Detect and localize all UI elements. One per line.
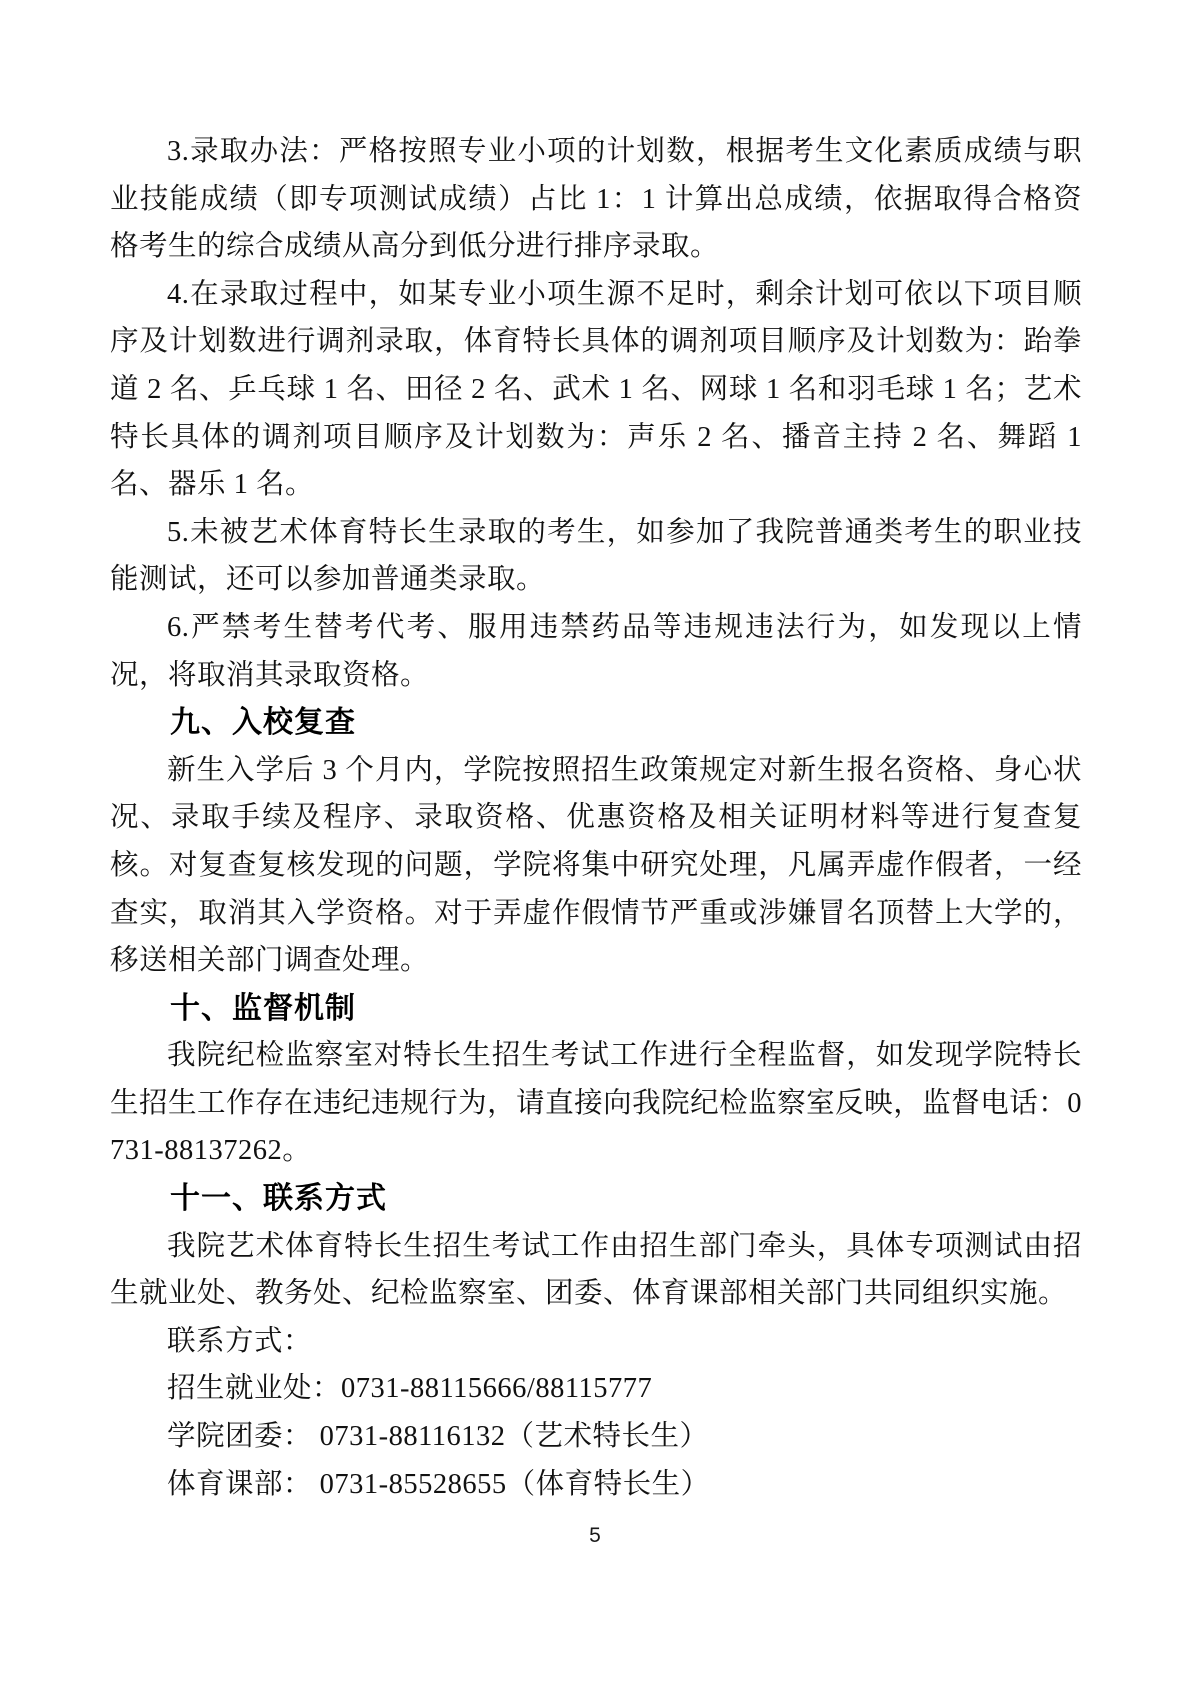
paragraph-supervision-detail: 我院纪检监察室对特长生招生考试工作进行全程监督，如发现学院特长生招生工作存在违纪… — [110, 1032, 1082, 1175]
page-number: 5 — [589, 1524, 601, 1547]
paragraph-prohibited-behavior: 6.严禁考生替考代考、服用违禁药品等违规违法行为，如发现以上情况，将取消其录取资… — [110, 604, 1082, 699]
heading-section-10-supervision: 十、监督机制 — [110, 985, 1082, 1033]
contact-youth-league-phone: 学院团委： 0731-88116132（艺术特长生） — [110, 1413, 1082, 1461]
document-body: 3.录取办法：严格按照专业小项的计划数，根据考生文化素质成绩与职业技能成绩（即专… — [110, 128, 1082, 1508]
heading-section-11-contact: 十一、联系方式 — [110, 1175, 1082, 1223]
page-footer: 5 — [0, 1524, 1190, 1548]
paragraph-contact-intro: 我院艺术体育特长生招生考试工作由招生部门牵头，具体专项测试由招生就业处、教务处、… — [110, 1223, 1082, 1318]
paragraph-reexamination-detail: 新生入学后 3 个月内，学院按照招生政策规定对新生报名资格、身心状况、录取手续及… — [110, 747, 1082, 985]
paragraph-adjustment-plan: 4.在录取过程中，如某专业小项生源不足时，剩余计划可依以下项目顺序及计划数进行调… — [110, 271, 1082, 509]
contact-admissions-office-phone: 招生就业处：0731-88115666/88115777 — [110, 1365, 1082, 1413]
paragraph-general-admission: 5.未被艺术体育特长生录取的考生，如参加了我院普通类考生的职业技能测试，还可以参… — [110, 509, 1082, 604]
paragraph-admission-method: 3.录取办法：严格按照专业小项的计划数，根据考生文化素质成绩与职业技能成绩（即专… — [110, 128, 1082, 271]
contact-label: 联系方式： — [110, 1318, 1082, 1366]
heading-section-9-reexamination: 九、入校复查 — [110, 699, 1082, 747]
contact-pe-department-phone: 体育课部： 0731-85528655（体育特长生） — [110, 1461, 1082, 1509]
document-page: 3.录取办法：严格按照专业小项的计划数，根据考生文化素质成绩与职业技能成绩（即专… — [0, 0, 1190, 1683]
